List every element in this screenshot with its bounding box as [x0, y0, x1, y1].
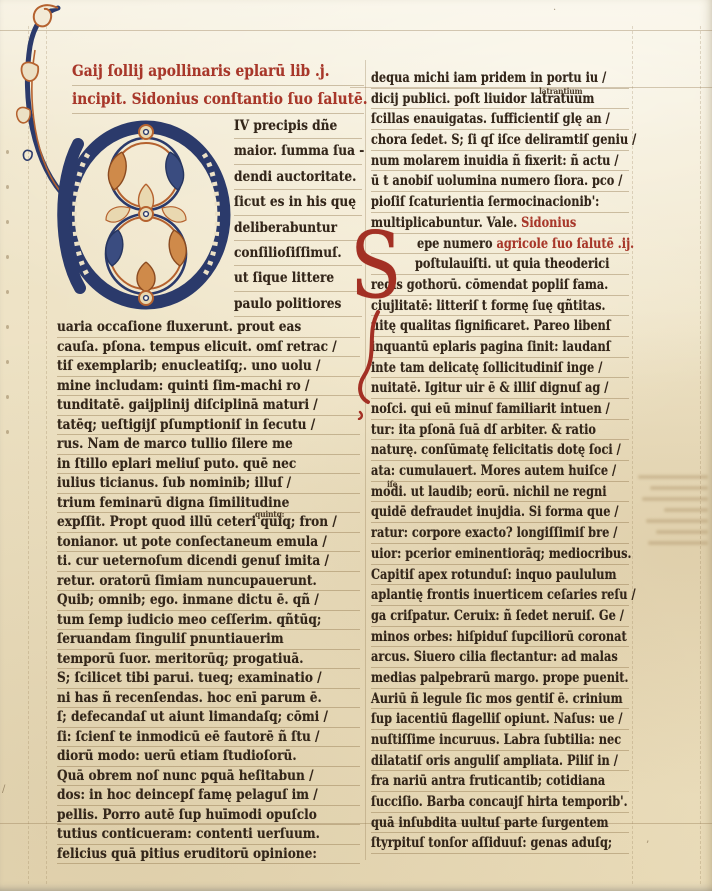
text-line: minos orbes: hiſpiduſ ſupciliorū coronat — [371, 627, 629, 648]
body-text: pellis. Porro autē ſup huīmodi opuſclo — [57, 807, 317, 823]
prick-mark — [6, 220, 9, 224]
rubric: Gaij ſollij apollinaris eplarū lib .j. i… — [72, 58, 364, 114]
text-line: tutius conticueram: contenti uerſuum. — [57, 825, 360, 845]
text-line: ata: cumulauert. Mores autem huiſce / — [371, 461, 629, 482]
text-line: pellis. Porro autē ſup huīmodi opuſclo — [57, 806, 360, 826]
body-text: dendi auctoritate. — [234, 169, 356, 185]
body-text: ſi: ſcienſ te inmodicū eē fautorē ñ ſtu … — [57, 729, 319, 745]
body-text: pioſiſ ſcaturientia ſermocinacionib': — [371, 194, 599, 210]
text-line: ut ſique littere — [234, 266, 362, 291]
body-text: IV precipis dñe — [234, 118, 337, 134]
prick-mark — [6, 430, 9, 434]
text-line: num molarem inuidia ñ fixerit: ñ actu / — [371, 151, 629, 172]
text-line: quidē defraudet inujdia. Si forma que / — [371, 502, 629, 523]
text-line: ga criſpatur. Ceruix: ñ ſedet neruiſ. Ge… — [371, 606, 629, 627]
prick-mark — [6, 290, 9, 294]
prick-mark — [6, 185, 9, 189]
left-column-wrapped-text: IV precipis dñemaior. ſumma ſua -dendi a… — [234, 114, 362, 317]
body-text: ti. cur ueternoſum dicendi genuſ imita / — [57, 553, 329, 569]
body-text: tiſ exemplarib; enucleatiſq;. uno uolu / — [57, 358, 320, 374]
text-line: retur. oratorū ſimiam nuncupauerunt. — [57, 572, 360, 592]
body-text: chora ſedet. S; ſi qſ iſce deliramtiſ ge… — [371, 132, 636, 148]
body-text: cauſa. pſona. tempus elicuit. omſ retrac… — [57, 339, 337, 355]
text-line: trium feminarū digna ſimilitudine — [57, 494, 360, 514]
text-line: dicij publici. poſt liuidor latratuumlat… — [371, 89, 629, 110]
text-line: maior. ſumma ſua - — [234, 139, 362, 164]
text-line: S; ſcilicet tibi parui. tueq; examinatio… — [57, 669, 360, 689]
text-line: Quib; omnib; ego. inmane dictu ē. qñ / — [57, 591, 360, 611]
text-line: tonianor. ut pote conſectaneum emula / — [57, 533, 360, 553]
text-line: IV precipis dñe — [234, 114, 362, 139]
body-text: tutius conticueram: contenti uerſuum. — [57, 826, 320, 842]
text-line: ni has ñ recenſendas. hoc enī parum ē. — [57, 689, 360, 709]
show-through-text — [622, 468, 708, 552]
text-line: modi. ut laudib; eorū. nichil ne regniiſ… — [371, 482, 629, 503]
margin-mark: . — [553, 2, 556, 13]
body-text: poſtulauiſti. ut quia theoderici — [415, 256, 609, 272]
text-line: nuſtiſſime incuruus. Labra ſubtilia: nec — [371, 730, 629, 751]
rubric-text: Gaij ſollij apollinaris eplarū lib .j. — [72, 58, 330, 84]
text-line: uaria occaſione fluxerunt. prout eas — [57, 318, 360, 338]
text-line: in ſtillo eplari meliuſ puto. quē nec — [57, 455, 360, 475]
body-text: ſup iacentiū flagelliſ opiunt. Naſus: ue… — [371, 711, 623, 727]
body-text: Quib; omnib; ego. inmane dictu ē. qñ / — [57, 592, 319, 608]
margin-mark: ’ — [646, 840, 649, 851]
body-text: arcus. Siuero cilia flectantur: ad malas — [371, 649, 618, 665]
text-line: ſup iacentiū flagelliſ opiunt. Naſus: ue… — [371, 709, 629, 730]
body-text: Quā obrem noſ nunc pquā heſitabun / — [57, 768, 314, 784]
right-column: dequa michi iam pridem in portu iu /dici… — [371, 68, 629, 854]
text-line: ſeruandam ſinguliſ pnuntiauerim — [57, 630, 360, 650]
text-line: Auriū ñ legule ſic mos gentiſ ē. crinium — [371, 689, 629, 710]
rubricated-initial-S: S — [346, 232, 422, 412]
body-text: minos orbes: hiſpiduſ ſupciliorū coronat — [371, 629, 627, 645]
text-line: pioſiſ ſcaturientia ſermocinacionib': — [371, 192, 629, 213]
interlinear-gloss: quintq: — [255, 506, 284, 526]
rubricated-text: agricole ſuo ſalutē .ij. — [496, 236, 634, 252]
text-line: quā inſubdita uultuſ parte ſurgentem — [371, 813, 629, 834]
body-text: tatēq; ueſtigijſ pſumptioniſ in ſecutu / — [57, 417, 315, 433]
body-text: uior: pcerior eminentiorāq; mediocribus. — [371, 546, 631, 562]
text-line: arcus. Siuero cilia flectantur: ad malas — [371, 647, 629, 668]
prick-mark — [6, 150, 9, 154]
rubric-line: incipit. Sidonius conſtantio ſuo ſalutē. — [72, 86, 364, 114]
body-text: modi. ut laudib; eorū. nichil ne regni — [371, 484, 607, 500]
body-text: ſ; defecandaſ ut aiunt limandaſq; cōmi / — [57, 709, 328, 725]
ruling-vertical-center — [365, 60, 366, 860]
body-text: num molarem inuidia ñ fixerit: ñ actu / — [371, 153, 619, 169]
body-text: ſucciſio. Barba concaujſ hirta temporib'… — [371, 794, 628, 810]
text-line: tiſ exemplarib; enucleatiſq;. uno uolu / — [57, 357, 360, 377]
text-line: dendi auctoritate. — [234, 165, 362, 190]
text-line: ſcillas enauigatas. ſufficientiſ glę an … — [371, 109, 629, 130]
body-text: aplantię frontis inuerticem ceſaries reſ… — [371, 587, 636, 603]
body-text: medias palpebrarū margo. prope puenit. — [371, 670, 628, 686]
text-line: aplantię frontis inuerticem ceſaries reſ… — [371, 585, 629, 606]
prick-mark — [6, 255, 9, 259]
body-text: ata: cumulauert. Mores autem huiſce / — [371, 463, 616, 479]
body-text: naturę. conſūmatę felicitatis dotę ſoci … — [371, 442, 621, 458]
body-text: paulo politiores — [234, 296, 341, 312]
text-line: ſ; defecandaſ ut aiunt limandaſq; cōmi / — [57, 708, 360, 728]
body-text: nuſtiſſime incuruus. Labra ſubtilia: nec — [371, 732, 621, 748]
text-line: rus. Nam de marco tullio ſilere me — [57, 435, 360, 455]
interlinear-gloss: iſe — [387, 475, 397, 496]
text-line: naturę. conſūmatę felicitatis dotę ſoci … — [371, 440, 629, 461]
prick-mark — [6, 360, 9, 364]
body-text: Auriū ñ legule ſic mos gentiſ ē. crinium — [371, 691, 623, 707]
text-line: ſicut es in his quę — [234, 190, 362, 215]
rubricated-text: Sidonius — [521, 215, 576, 231]
text-line: deliberabuntur — [234, 216, 362, 241]
text-line: chora ſedet. S; ſi qſ iſce deliramtiſ ge… — [371, 130, 629, 151]
ruling-vertical-right-outer — [700, 26, 701, 884]
text-line: ſi: ſcienſ te inmodicū eē fautorē ñ ſtu … — [57, 728, 360, 748]
body-text: fra nariū antra fruticantib; cotidiana — [371, 773, 605, 789]
prick-mark — [6, 395, 9, 399]
body-text: ū t anobiſ uolumina numero ſiora. pco / — [371, 173, 622, 189]
body-text: diorū modo: uerū etiam ſtudioſorū. — [57, 748, 297, 764]
text-line: ſtyrpituſ tonſor aſſiduuſ: genas aduſq; — [371, 833, 629, 854]
body-text: epe numero — [417, 236, 496, 252]
body-text: retur. oratorū ſimiam nuncupauerunt. — [57, 573, 317, 589]
body-text: conſilioſiſſimuſ. — [234, 245, 342, 261]
text-line: uior: pcerior eminentiorāq; mediocribus. — [371, 544, 629, 565]
ruling-line-top — [0, 30, 712, 31]
body-text: ga criſpatur. Ceruix: ñ ſedet neruiſ. Ge… — [371, 608, 624, 624]
text-line: tatēq; ueſtigijſ pſumptioniſ in ſecutu / — [57, 416, 360, 436]
body-text: maior. ſumma ſua - — [234, 143, 364, 159]
body-text: ratur: corpore exacto? longiſſimiſ bre / — [371, 525, 617, 541]
body-text: tunditatē. gaijplinij diſciplinā maturi … — [57, 397, 318, 413]
text-line: tunditatē. gaijplinij diſciplinā maturi … — [57, 396, 360, 416]
text-line: tum ſemp iudicio meo ceſſerim. qñtūq; — [57, 611, 360, 631]
body-text: mine includam: quinti ſim-machi ro / — [57, 378, 309, 394]
text-line: tur: ita pſonā ſuā dſ arbiter. & ratio — [371, 420, 629, 441]
body-text: S; ſcilicet tibi parui. tueq; examinatio… — [57, 670, 322, 686]
text-line: ratur: corpore exacto? longiſſimiſ bre / — [371, 523, 629, 544]
body-text: dos: in hoc deincepſ famę pelaguſ im / — [57, 787, 318, 803]
text-line: ū t anobiſ uolumina numero ſiora. pco / — [371, 171, 629, 192]
text-line: Capitiſ apex rotunduſ: inquo paululum — [371, 565, 629, 586]
body-text: felicius quā pitius eruditorū opinione: — [57, 846, 317, 862]
body-text: ſcillas enauigatas. ſufficientiſ glę an … — [371, 111, 610, 127]
illuminated-initial-D — [52, 112, 236, 318]
body-text: uaria occaſione fluxerunt. prout eas — [57, 319, 301, 335]
body-text: Capitiſ apex rotunduſ: inquo paululum — [371, 567, 617, 583]
text-line: expſſit. Propt quod illū ceteri quiq; fr… — [57, 513, 360, 533]
text-line: dequa michi iam pridem in portu iu / — [371, 68, 629, 89]
body-text: temporū ſuor. meritorūq; progatiuā. — [57, 651, 303, 667]
text-line: paulo politiores — [234, 292, 362, 317]
body-text: quidē defraudet inujdia. Si forma que / — [371, 504, 619, 520]
text-line: mine includam: quinti ſim-machi ro / — [57, 377, 360, 397]
rubric-text: incipit. Sidonius conſtantio ſuo ſalutē. — [72, 86, 368, 112]
body-text: dilatatiſ oris anguliſ ampliata. Piliſ i… — [371, 753, 618, 769]
body-text: ſeruandam ſinguliſ pnuntiauerim — [57, 631, 284, 647]
manuscript-page: Gaij ſollij apollinaris eplarū lib .j. i… — [0, 0, 712, 891]
text-line: diorū modo: uerū etiam ſtudioſorū. — [57, 747, 360, 767]
body-text: tonianor. ut pote conſectaneum emula / — [57, 534, 327, 550]
margin-mark: / — [2, 784, 5, 795]
text-line: fra nariū antra fruticantib; cotidiana — [371, 771, 629, 792]
text-line: dilatatiſ oris anguliſ ampliata. Piliſ i… — [371, 751, 629, 772]
initial-S-glyph: S — [350, 220, 402, 312]
body-text: rus. Nam de marco tullio ſilere me — [57, 436, 293, 452]
body-text: iulius ticianus. ſub nominib; illuſ / — [57, 475, 291, 491]
initial-S-tail — [352, 310, 392, 420]
text-line: ſucciſio. Barba concaujſ hirta temporib'… — [371, 792, 629, 813]
left-column: uaria occaſione fluxerunt. prout eascauſ… — [57, 318, 360, 864]
interlinear-gloss: latrantium — [539, 82, 582, 103]
body-text: tum ſemp iudicio meo ceſſerim. qñtūq; — [57, 612, 321, 628]
prick-mark — [6, 325, 9, 329]
body-text: quā inſubdita uultuſ parte ſurgentem — [371, 815, 609, 831]
text-line: conſilioſiſſimuſ. — [234, 241, 362, 266]
text-line: multiplicabuntur. Vale. Sidonius — [371, 213, 629, 234]
ruling-vertical-right-inner — [632, 26, 633, 884]
body-text: ut ſique littere — [234, 270, 334, 286]
body-text: in ſtillo eplari meliuſ puto. quē nec — [57, 456, 296, 472]
body-text: deliberabuntur — [234, 220, 337, 236]
text-line: Quā obrem noſ nunc pquā heſitabun / — [57, 767, 360, 787]
text-line: dos: in hoc deincepſ famę pelaguſ im / — [57, 786, 360, 806]
text-line: medias palpebrarū margo. prope puenit. — [371, 668, 629, 689]
text-line: cauſa. pſona. tempus elicuit. omſ retrac… — [57, 338, 360, 358]
rubric-line: Gaij ſollij apollinaris eplarū lib .j. — [72, 58, 364, 86]
body-text: ni has ñ recenſendas. hoc enī parum ē. — [57, 690, 322, 706]
body-text: tur: ita pſonā ſuā dſ arbiter. & ratio — [371, 422, 596, 438]
text-line: ti. cur ueternoſum dicendi genuſ imita / — [57, 552, 360, 572]
body-text: ſicut es in his quę — [234, 194, 356, 210]
body-text: ſtyrpituſ tonſor aſſiduuſ: genas aduſq; — [371, 835, 612, 851]
body-text: expſſit. Propt quod illū ceteri quiq; fr… — [57, 514, 337, 530]
text-line: felicius quā pitius eruditorū opinione: — [57, 845, 360, 865]
text-line: iulius ticianus. ſub nominib; illuſ / — [57, 474, 360, 494]
text-line: temporū ſuor. meritorūq; progatiuā. — [57, 650, 360, 670]
